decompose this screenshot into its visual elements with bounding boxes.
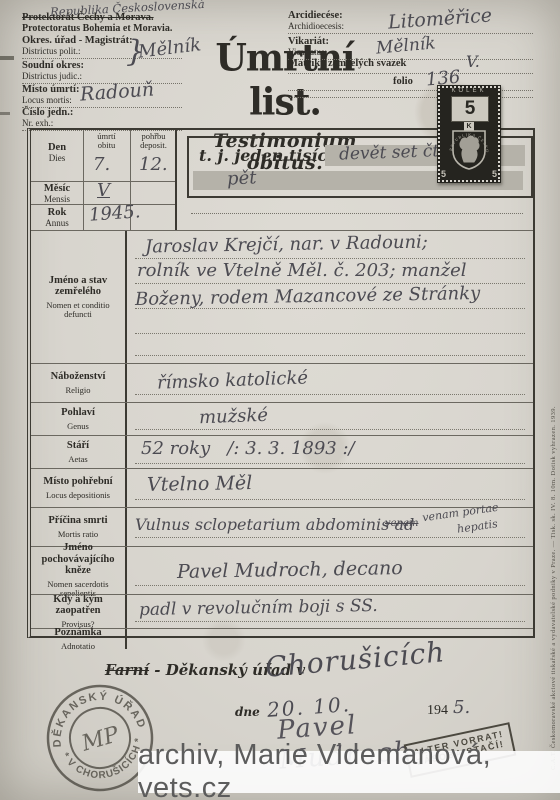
burial-place-row-content: Vtelno Měl: [127, 469, 533, 507]
name-line1-handwritten: Jaroslav Krejčí, nar. v Radouni;: [145, 232, 428, 258]
year-value: 1945.: [88, 201, 141, 226]
religion-row-label: Náboženství Religio: [31, 364, 127, 402]
month-row-label: Měsíc Mensis: [31, 183, 83, 204]
provided-row-label: Kdy a kým zaopatřen Provisus?: [31, 595, 127, 628]
header-left: Republika Československá Protektorát Čec…: [22, 4, 192, 124]
protectorate-czech-label: Protektorát Čechy a Morava.: [22, 12, 154, 23]
date-label: dne: [235, 705, 260, 719]
date-table: úmrtí obitu pohřbu deposit. Den Dies 7. …: [31, 130, 177, 230]
provided-row: Kdy a kým zaopatřen Provisus? padl v rev…: [31, 594, 533, 628]
main-form-table: úmrtí obitu pohřbu deposit. Den Dies 7. …: [27, 128, 535, 638]
cause-row-content: Vulnus sclopetarium abdominis ad venam v…: [127, 508, 533, 546]
name-line3-handwritten: Boženy, rodem Mazancové ze Stránky: [135, 283, 481, 310]
paper-edge-mark: [0, 56, 14, 60]
sex-row-content: mužské: [127, 403, 533, 435]
sex-row: Pohlaví Genus mužské: [31, 402, 533, 435]
revenue-stamp-value-box: 5: [451, 96, 489, 122]
priest-value-handwritten: Pavel Mudroch, decano: [177, 557, 403, 583]
day-row-label: Den Dies: [31, 142, 83, 163]
sex-value-handwritten: mužské: [199, 405, 269, 428]
revenue-stamp-header: KOLEK: [437, 88, 501, 94]
paper-edge-mark: [0, 112, 10, 115]
religion-row-content: římsko katolické: [127, 364, 533, 402]
revenue-stamp-bottom-right: 5: [492, 169, 497, 179]
name-status-row: Jméno a stav zemřelého Nomen et conditio…: [31, 230, 533, 363]
age-row: Stáří Aetas 52 roky /: 3. 3. 1893 :/: [31, 435, 533, 468]
judicial-label-cz: Soudní okres:: [22, 60, 182, 71]
sex-row-label: Pohlaví Genus: [31, 403, 127, 435]
record-rows: Jméno a stav zemřelého Nomen et conditio…: [31, 230, 533, 636]
burial-day-value: 12.: [139, 154, 168, 175]
cause-of-death-row: Příčina smrti Mortis ratio Vulnus sclope…: [31, 507, 533, 546]
revenue-stamp-value: 5: [465, 98, 476, 119]
round-stamp-center-monogram: MP: [78, 722, 123, 757]
burial-column-header: pohřbu deposit.: [131, 132, 176, 150]
judicial-label-la: Districtus judic.:: [22, 71, 182, 81]
death-day-value: 7.: [93, 154, 110, 175]
age-value-handwritten: 52 roky /: 3. 3. 1893 :/: [141, 438, 355, 459]
year-words-line2-handwritten: pět: [226, 167, 256, 190]
printer-imprint-vertical: C.A.T. Českomoravské akciové tiskařské a…: [550, 300, 557, 770]
spare-dotted-rule: [191, 212, 523, 214]
name-row-label: Jméno a stav zemřelého Nomen et conditio…: [31, 231, 127, 363]
cause-struck-word-handwritten: venam: [385, 518, 418, 529]
month-value: V: [97, 180, 110, 201]
name-line2-handwritten: rolník ve Vtelně Měl. č. 203; manžel: [137, 260, 467, 281]
name-row-content: Jaroslav Krejčí, nar. v Radouni; rolník …: [127, 231, 533, 363]
provided-row-content: padl v revolučním boji s SS.: [127, 595, 533, 628]
burial-place-row: Místo pohřební Locus depositionis Vtelno…: [31, 468, 533, 507]
number-label-cz: Číslo jedn.:: [22, 107, 182, 118]
priest-row-content: Pavel Mudroch, decano: [127, 547, 533, 594]
burial-place-value-handwritten: Vtelno Měl: [147, 472, 253, 496]
priest-row: Jméno pochovávajícího kněze Nomen sacerd…: [31, 546, 533, 594]
religion-value-handwritten: římsko katolické: [157, 367, 309, 393]
burial-place-row-label: Místo pohřební Locus depositionis: [31, 469, 127, 507]
revenue-stamp-5k: KOLEK 5 K REPUBLIKA ČESKOSLOVENSKÁ 5 5: [437, 85, 501, 183]
revenue-stamp-bottom-left: 5: [441, 169, 446, 179]
archive-watermark-text: archiv, Marie Videmanová, vets.cz: [138, 739, 560, 800]
archive-watermark-band: archiv, Marie Videmanová, vets.cz: [138, 751, 560, 793]
protectorate-latin-label: Protectoratus Bohemia et Moravia.: [22, 23, 172, 34]
number-label-la: Nr. exh.:: [22, 118, 182, 128]
death-certificate-scan: Republika Československá Protektorát Čec…: [0, 0, 560, 800]
judicial-district-field: Soudní okres: Districtus judic.:: [22, 60, 182, 84]
register-volume-value: V.: [466, 52, 480, 71]
age-row-content: 52 roky /: 3. 3. 1893 :/: [127, 436, 533, 468]
cause-row-label: Příčina smrti Mortis ratio: [31, 508, 127, 546]
age-row-label: Stáří Aetas: [31, 436, 127, 468]
religion-row: Náboženství Religio římsko katolické: [31, 363, 533, 402]
header-right: Arcidiecése: Archidioecesis: Litoměřice …: [288, 10, 540, 125]
priest-row-label: Jméno pochovávajícího kněze Nomen sacerd…: [31, 547, 127, 594]
czech-lion-emblem-icon: REPUBLIKA ČESKOSLOVENSKÁ: [447, 129, 491, 171]
cause-insert2-handwritten: hepatis: [456, 517, 498, 536]
cause-value-handwritten: Vulnus sclopetarium abdominis ad: [135, 515, 414, 534]
provided-value-handwritten: padl v revolučním boji s SS.: [139, 596, 378, 620]
death-column-header: úmrtí obitu: [84, 132, 129, 150]
thousand-printed-label: t. j. jeden tisíc: [199, 146, 327, 165]
year-row-label: Rok Annus: [31, 207, 83, 228]
